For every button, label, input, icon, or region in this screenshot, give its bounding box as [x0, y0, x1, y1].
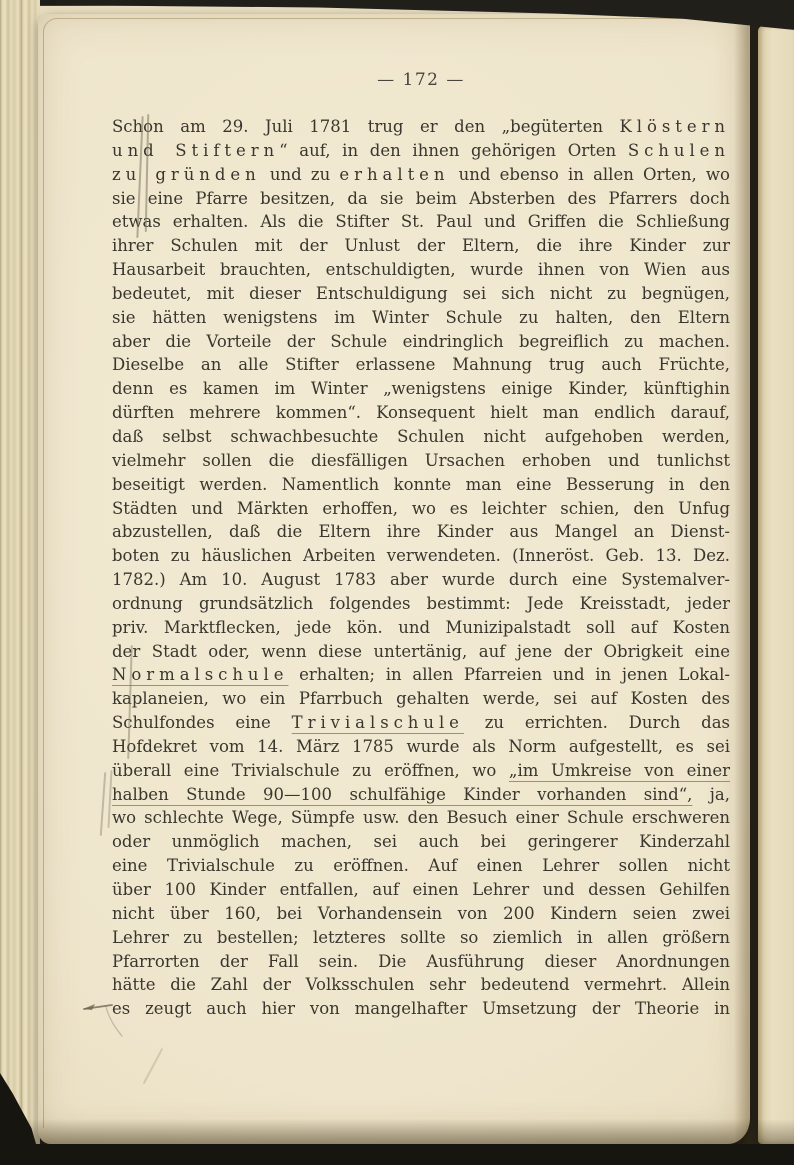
text-segment: kaplaneien, wo ein Pfarrbuch gehalten we…: [112, 689, 730, 708]
text-segment: und ebenso in allen Orten, wo: [449, 165, 730, 184]
text-segment: überall eine Trivialschule zu eröffnen, …: [112, 761, 509, 780]
text-segment: über 100 Kinder entfallen, auf einen Leh…: [112, 880, 730, 899]
text-line: Hofdekret vom 14. März 1785 wurde als No…: [112, 735, 730, 759]
text-segment: dürften mehrere kommen“. Konsequent hiel…: [112, 403, 730, 422]
text-line: etwas erhalten. Als die Stifter St. Paul…: [112, 210, 730, 234]
page-bottom-shadow: [0, 1119, 794, 1147]
text-segment: zu errichten. Durch das: [464, 713, 730, 732]
text-segment: Schon am 29. Juli 1781 trug er den „begü…: [112, 117, 619, 136]
page-fold-shadow: [734, 0, 760, 1165]
text-segment: ja,: [692, 785, 730, 804]
text-line: 1782.) Am 10. August 1783 aber wurde dur…: [112, 568, 730, 592]
text-line: über 100 Kinder entfallen, auf einen Leh…: [112, 878, 730, 902]
text-line: vielmehr sollen die diesfälligen Ursache…: [112, 449, 730, 473]
text-line: überall eine Trivialschule zu eröffnen, …: [112, 759, 730, 783]
emphasized-text: „im Umkreise von einer: [509, 761, 730, 780]
text-segment: boten zu häuslichen Arbeiten verwendeten…: [112, 546, 730, 565]
text-segment: Dieselbe an alle Stifter erlassene Mahnu…: [112, 355, 730, 374]
text-segment: vielmehr sollen die diesfälligen Ursache…: [112, 451, 730, 470]
emphasized-text: halben Stunde 90—100 schulfähige Kinder …: [112, 785, 692, 804]
text-line: wo schlechte Wege, Sümpfe usw. den Besuc…: [112, 806, 730, 830]
book-gutter-page-edges: [0, 0, 40, 1165]
text-line: kaplaneien, wo ein Pfarrbuch gehalten we…: [112, 687, 730, 711]
text-segment: nicht über 160, bei Vorhandensein von 20…: [112, 904, 730, 923]
text-line: ordnung grundsätzlich folgendes bestimmt…: [112, 592, 730, 616]
text-line: bedeutet, mit dieser Entschuldigung sei …: [112, 282, 730, 306]
text-segment: 1782.) Am 10. August 1783 aber wurde dur…: [112, 570, 730, 589]
text-segment: ihrer Schulen mit der Unlust der Eltern,…: [112, 236, 730, 255]
text-segment: Hofdekret vom 14. März 1785 wurde als No…: [112, 737, 730, 756]
text-line: denn es kamen im Winter „wenigstens eini…: [112, 377, 730, 401]
text-segment: Lehrer zu bestellen; letzteres sollte so…: [112, 928, 730, 947]
text-line: Lehrer zu bestellen; letzteres sollte so…: [112, 926, 730, 950]
text-line: Städten und Märkten erhoffen, wo es leic…: [112, 497, 730, 521]
text-line: beseitigt werden. Namentlich konnte man …: [112, 473, 730, 497]
text-line: der Stadt oder, wenn diese untertänig, a…: [112, 640, 730, 664]
text-segment: aber die Vorteile der Schule eindringlic…: [112, 332, 730, 351]
emphasized-text: Schulen: [628, 141, 730, 160]
text-segment: wo schlechte Wege, Sümpfe usw. den Besuc…: [112, 808, 730, 827]
emphasized-text: Klöstern: [619, 117, 730, 136]
text-line: Schon am 29. Juli 1781 trug er den „begü…: [112, 115, 730, 139]
text-line: Dieselbe an alle Stifter erlassene Mahnu…: [112, 353, 730, 377]
text-segment: hätte die Zahl der Volksschulen sehr bed…: [112, 975, 730, 994]
text-segment: und zu: [261, 165, 340, 184]
text-segment: ordnung grundsätzlich folgendes bestimmt…: [112, 594, 730, 613]
next-page-edge: [758, 26, 794, 1144]
text-segment: bedeutet, mit dieser Entschuldigung sei …: [112, 284, 730, 303]
emphasized-text: und Stiftern: [112, 141, 279, 160]
text-line: sie eine Pfarre besitzen, da sie beim Ab…: [112, 187, 730, 211]
text-line: ihrer Schulen mit der Unlust der Eltern,…: [112, 234, 730, 258]
text-line: und Stiftern“ auf, in den ihnen gehörige…: [112, 139, 730, 163]
text-line: halben Stunde 90—100 schulfähige Kinder …: [112, 783, 730, 807]
text-line: abzustellen, daß die Eltern ihre Kinder …: [112, 520, 730, 544]
text-line: Pfarrorten der Fall sein. Die Ausführung…: [112, 950, 730, 974]
text-segment: Schulfondes eine: [112, 713, 292, 732]
text-line: dürften mehrere kommen“. Konsequent hiel…: [112, 401, 730, 425]
text-line: eine Trivialschule zu eröffnen. Auf eine…: [112, 854, 730, 878]
page-number-header: — 172 —: [112, 70, 730, 90]
scanned-book-page: — 172 — Schon am 29. Juli 1781 trug er d…: [0, 0, 794, 1165]
text-segment: beseitigt werden. Namentlich konnte man …: [112, 475, 730, 494]
text-segment: priv. Marktflecken, jede kön. und Munizi…: [112, 618, 730, 637]
text-segment: denn es kamen im Winter „wenigstens eini…: [112, 379, 730, 398]
text-segment: sie hätten wenigstens im Winter Schule z…: [112, 308, 730, 327]
text-segment: erhalten; in allen Pfarreien und in jene…: [288, 665, 730, 684]
text-segment: Pfarrorten der Fall sein. Die Ausführung…: [112, 952, 730, 971]
text-line: zu gründen und zu erhalten und ebenso in…: [112, 163, 730, 187]
text-line: boten zu häuslichen Arbeiten verwendeten…: [112, 544, 730, 568]
text-segment: abzustellen, daß die Eltern ihre Kinder …: [112, 522, 730, 541]
text-line: sie hätten wenigstens im Winter Schule z…: [112, 306, 730, 330]
text-line: oder unmöglich machen, sei auch bei geri…: [112, 830, 730, 854]
text-line: es zeugt auch hier von mangelhafter Umse…: [112, 997, 730, 1021]
text-line: daß selbst schwachbesuchte Schulen nicht…: [112, 425, 730, 449]
pencil-arrow-icon: [74, 994, 146, 1052]
text-line: priv. Marktflecken, jede kön. und Munizi…: [112, 616, 730, 640]
text-segment: eine Trivialschule zu eröffnen. Auf eine…: [112, 856, 730, 875]
text-line: Schulfondes eine Trivialschule zu errich…: [112, 711, 730, 735]
text-segment: Städten und Märkten erhoffen, wo es leic…: [112, 499, 730, 518]
text-segment: oder unmöglich machen, sei auch bei geri…: [112, 832, 730, 851]
text-line: nicht über 160, bei Vorhandensein von 20…: [112, 902, 730, 926]
emphasized-text: Normalschule: [112, 665, 288, 684]
text-segment: es zeugt auch hier von mangelhafter Umse…: [112, 999, 730, 1018]
text-line: Normalschule erhalten; in allen Pfarreie…: [112, 663, 730, 687]
scan-background-bottom: [0, 1144, 794, 1165]
emphasized-text: zu gründen: [112, 165, 261, 184]
page-text: Schon am 29. Juli 1781 trug er den „begü…: [112, 115, 730, 1021]
text-segment: etwas erhalten. Als die Stifter St. Paul…: [112, 212, 730, 231]
text-line: hätte die Zahl der Volksschulen sehr bed…: [112, 973, 730, 997]
text-segment: daß selbst schwachbesuchte Schulen nicht…: [112, 427, 730, 446]
page-content: — 172 — Schon am 29. Juli 1781 trug er d…: [112, 70, 730, 1021]
text-segment: sie eine Pfarre besitzen, da sie beim Ab…: [112, 189, 730, 208]
text-segment: “ auf, in den ihnen gehörigen Orten: [279, 141, 628, 160]
text-line: Hausarbeit brauchten, entschuldigten, wu…: [112, 258, 730, 282]
emphasized-text: Trivialschule: [292, 713, 464, 732]
text-segment: der Stadt oder, wenn diese untertänig, a…: [112, 642, 730, 661]
emphasized-text: erhalten: [339, 165, 449, 184]
text-line: aber die Vorteile der Schule eindringlic…: [112, 330, 730, 354]
text-segment: Hausarbeit brauchten, entschuldigten, wu…: [112, 260, 730, 279]
